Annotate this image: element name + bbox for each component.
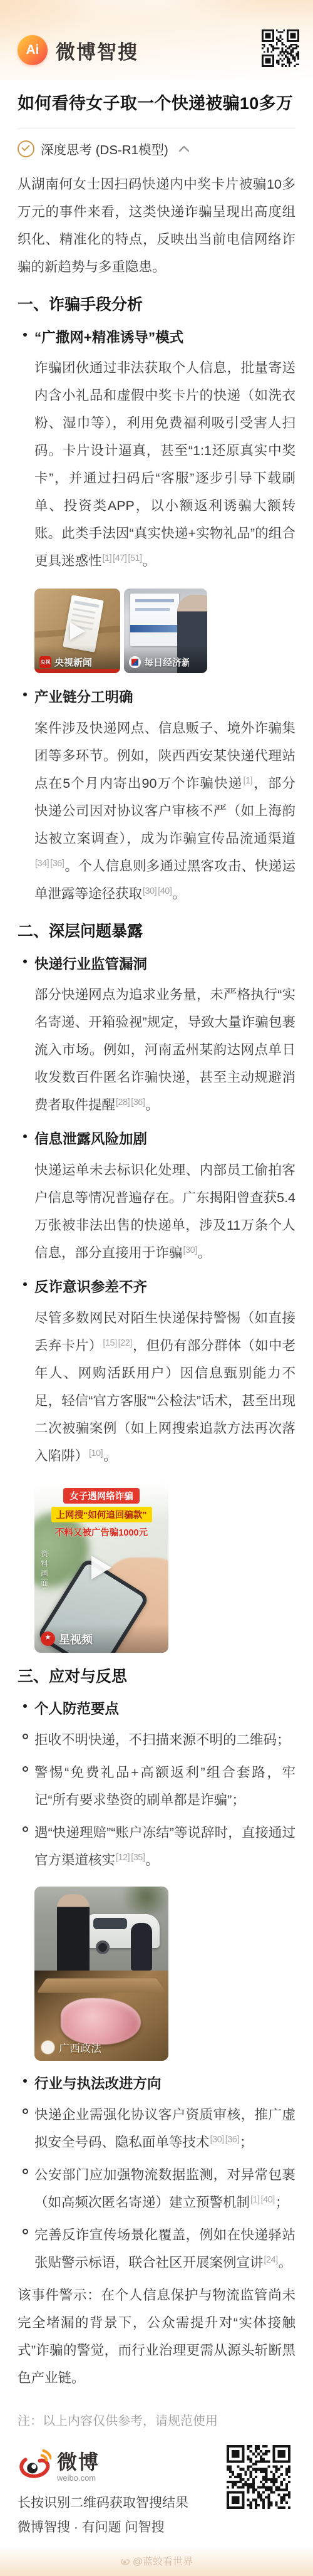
bullet-dot-icon (23, 1134, 27, 1138)
source-label: 星视频 (59, 1631, 93, 1647)
parcel-contents-shape (61, 1998, 141, 2045)
citation-ref[interactable]: [15] (103, 1338, 116, 1348)
vertical-video-card[interactable]: 女子遇网络诈骗上网搜“如何追回骗款”不料又被广告骗1000元资料画面星视频 (34, 1482, 168, 1653)
play-icon[interactable] (91, 1556, 111, 1579)
footer-qr-code (227, 2445, 290, 2509)
citation-ref[interactable]: [1] (103, 553, 112, 563)
watermark-text: @蓝蛟看世界 (133, 2553, 193, 2568)
paragraph: 快递运单未去标识化处理、内部员工偷拍客户信息等情况普遍存在。广东揭阳曾查获5.4… (34, 1156, 295, 1267)
news-ticker-strip (34, 669, 120, 673)
bullet-circle-icon (23, 2229, 28, 2234)
page-title: 如何看待女子取一个快递被骗10多万 (18, 92, 295, 116)
sub-bullet-item: 完善反诈宣传场景化覆盖，例如在快递驿站张贴警示标语，联合社区开展案例宣讲[24]… (18, 2221, 295, 2276)
title-divider (18, 128, 295, 129)
citation-ref[interactable]: [1] (243, 776, 252, 786)
section-heading: 三、应对与反思 (18, 1665, 295, 1689)
citation-ref[interactable]: [40] (158, 886, 172, 896)
overlay-caption-yellow: 上网搜“如何追回骗款” (51, 1507, 152, 1522)
source-badge: 星视频 (41, 1631, 93, 1647)
presentation-board-shape (130, 594, 179, 646)
citation-ref[interactable]: [40] (261, 2195, 275, 2205)
bullet-item-title: 快递行业监管漏洞 (18, 954, 295, 975)
citation-ref[interactable]: [34] (35, 859, 49, 869)
sub-bullet-item: 拒收不明快递，不扫描来源不明的二维码； (18, 1726, 295, 1754)
video-overlay-captions: 女子遇网络诈骗上网搜“如何追回骗款”不料又被广告骗1000元 (34, 1488, 168, 1539)
ai-logo-icon: Ai (18, 35, 48, 65)
check-circle-icon (18, 140, 34, 157)
weibo-mini-icon (120, 2556, 130, 2566)
bullet-circle-icon (23, 1734, 28, 1739)
officer-figure-shape (131, 1923, 152, 1971)
citation-ref[interactable]: [10] (89, 1448, 103, 1458)
bullet-item-title: 信息泄露风险加剧 (18, 1129, 295, 1150)
disclaimer-note: 注：以上内容仅供参考，请规范使用 (18, 2411, 295, 2429)
bullet-dot-icon (23, 960, 27, 963)
bullet-dot-icon (23, 333, 27, 337)
source-label: 广西政法 (59, 2039, 101, 2055)
bullet-item-title: “广撒网+精准诱导”模式 (18, 327, 295, 348)
weibo-url-text: weibo.com (57, 2473, 100, 2483)
paragraph: 从湖南何女士因扫码快递内中奖卡片被骗10多万元的事件来看，这类快递诈骗呈现出高度… (18, 170, 295, 281)
bullet-item-title: 产业链分工明确 (18, 687, 295, 708)
bottom-gradient-strip: @蓝蛟看世界 (0, 2546, 313, 2576)
chevron-up-icon[interactable] (178, 145, 190, 152)
overlay-caption-red: 女子遇网络诈骗 (63, 1488, 140, 1504)
paragraph: 尽管多数网民对陌生快递保持警惕（如直接丢弃卡片）[15][22]，但仍有部分群体… (34, 1304, 295, 1470)
suspect-figure-shape (57, 1894, 90, 1976)
weibo-zhisou-card: Ai 微博智搜 如何看待女子取一个快递被骗10多万 深度思考 (DS-R1模型)… (0, 0, 313, 2576)
overlay-caption-redtext: 不料又被广告骗1000元 (55, 1526, 148, 1539)
bullet-dot-icon (23, 693, 27, 696)
bullet-item-title: 行业与执法改进方向 (18, 2073, 295, 2095)
bullet-circle-icon (23, 1826, 28, 1832)
paragraph: 案件涉及快递网点、信息贩子、境外诈骗集团等多环节。例如，陕西西安某快递代理站点在… (34, 715, 295, 908)
media-thumbnail-row: 央视央视新闻每日经济新闻 (34, 589, 295, 673)
citation-ref[interactable]: [35] (131, 1853, 145, 1863)
citation-ref[interactable]: [30] (183, 1245, 197, 1255)
photo-street-scene (34, 1887, 168, 1971)
citation-ref[interactable]: [47] (113, 553, 126, 563)
section-heading: 二、深层问题暴露 (18, 920, 295, 944)
box-flap-shape (37, 1979, 167, 1993)
video-thumbnail-cctv[interactable]: 央视央视新闻 (34, 589, 120, 673)
footer: 微博 weibo.com 长按识别二维码获取智搜结果 微博智搜 · 有问题 问智… (18, 2448, 295, 2536)
citation-ref[interactable]: [36] (50, 859, 64, 869)
citation-ref[interactable]: [30] (210, 2135, 224, 2145)
sub-bullet-item: 警惕“免费礼品+高额返利”组合套路，牢记“所有要求垫资的刷单都是诈骗”； (18, 1759, 295, 1814)
bush-shape (118, 1887, 168, 1914)
source-badge: 每日经济新闻 (129, 656, 189, 669)
citation-ref[interactable]: [51] (128, 553, 141, 563)
paragraph: 诈骗团伙通过非法获取个人信息，批量寄送内含小礼品和虚假中奖卡片的快递（如洗衣粉、… (34, 354, 295, 575)
bullet-dot-icon (23, 1704, 27, 1708)
author-watermark: @蓝蛟看世界 (120, 2553, 193, 2568)
star-video-logo-icon (41, 1631, 55, 1646)
sub-bullet-item: 公安部门应加强物流数据监测，对异常包裹（如高频次匿名寄递）建立预警机制[1][4… (18, 2161, 295, 2216)
header: Ai 微博智搜 (0, 0, 313, 80)
citation-ref[interactable]: [36] (131, 1097, 145, 1107)
cctv-news-logo-icon: 央视 (39, 656, 51, 668)
bullet-dot-icon (23, 2079, 27, 2083)
bullet-circle-icon (23, 1766, 28, 1772)
citation-ref[interactable]: [1] (250, 2195, 260, 2205)
paragraph: 该事件警示：在个人信息保护与物流监管尚未完全堵漏的背景下，公众需提升对“实体接触… (18, 2281, 295, 2392)
citation-ref[interactable]: [12] (116, 1853, 130, 1863)
paragraph: 部分快递网点为追求业务量，未严格执行“实名寄递、开箱验视”规定，导致大量诈骗包裹… (34, 981, 295, 1119)
citation-ref[interactable]: [30] (143, 886, 156, 896)
source-badge: 广西政法 (41, 2039, 101, 2055)
source-label: 央视新闻 (54, 656, 92, 669)
weibo-wordmark: 微博 weibo.com (57, 2448, 100, 2483)
citation-ref[interactable]: [28] (116, 1097, 130, 1107)
weibo-cn-text: 微博 (57, 2451, 100, 2473)
bullet-dot-icon (23, 1282, 27, 1286)
model-toggle[interactable]: 深度思考 (DS-R1模型) (18, 139, 295, 158)
sub-bullet-item: 快递企业需强化协议客户资质审核，推广虚拟安全号码、隐私面单等技术[30][36]… (18, 2101, 295, 2156)
citation-ref[interactable]: [24] (264, 2255, 278, 2265)
archive-footage-mark: 资料画面 (39, 1550, 49, 1589)
article-body: 从湖南何女士因扫码快递内中奖卡片被骗10多万元的事件来看，这类快递诈骗呈现出高度… (18, 170, 295, 2392)
bullet-circle-icon (23, 2169, 28, 2174)
bullet-item-title: 反诈意识参差不齐 (18, 1277, 295, 1298)
sub-bullet-item: 遇“快递理赔”“账户冻结”等说辞时，直接通过官方渠道核实[12][35]。 (18, 1819, 295, 1874)
bullet-item-title: 个人防范要点 (18, 1699, 295, 1720)
play-icon[interactable] (70, 622, 85, 640)
citation-ref[interactable]: [36] (225, 2135, 239, 2145)
footer-hint-line2: 微博智搜 · 有问题 问智搜 (18, 2517, 295, 2536)
stacked-photo-card[interactable]: 广西政法 (34, 1887, 168, 2061)
citation-ref[interactable]: [22] (118, 1338, 132, 1348)
model-label: 深度思考 (DS-R1模型) (41, 139, 168, 158)
board-blue-bar (130, 625, 179, 632)
bullet-circle-icon (23, 2108, 28, 2114)
brand-name: 微博智搜 (56, 36, 138, 65)
image-thumbnail-interview[interactable]: 每日经济新闻 (124, 589, 207, 673)
source-badge: 央视央视新闻 (39, 656, 92, 669)
ai-logo-text: Ai (26, 43, 39, 58)
weibo-eye-icon (18, 2448, 51, 2484)
section-heading: 一、诈骗手段分析 (18, 293, 295, 317)
source-label: 每日经济新闻 (144, 656, 189, 669)
gxzf-logo-icon (41, 2040, 55, 2055)
mrjj-news-logo-icon (129, 656, 141, 668)
brand-row: Ai 微博智搜 (18, 35, 299, 65)
header-qr-code (262, 29, 299, 67)
